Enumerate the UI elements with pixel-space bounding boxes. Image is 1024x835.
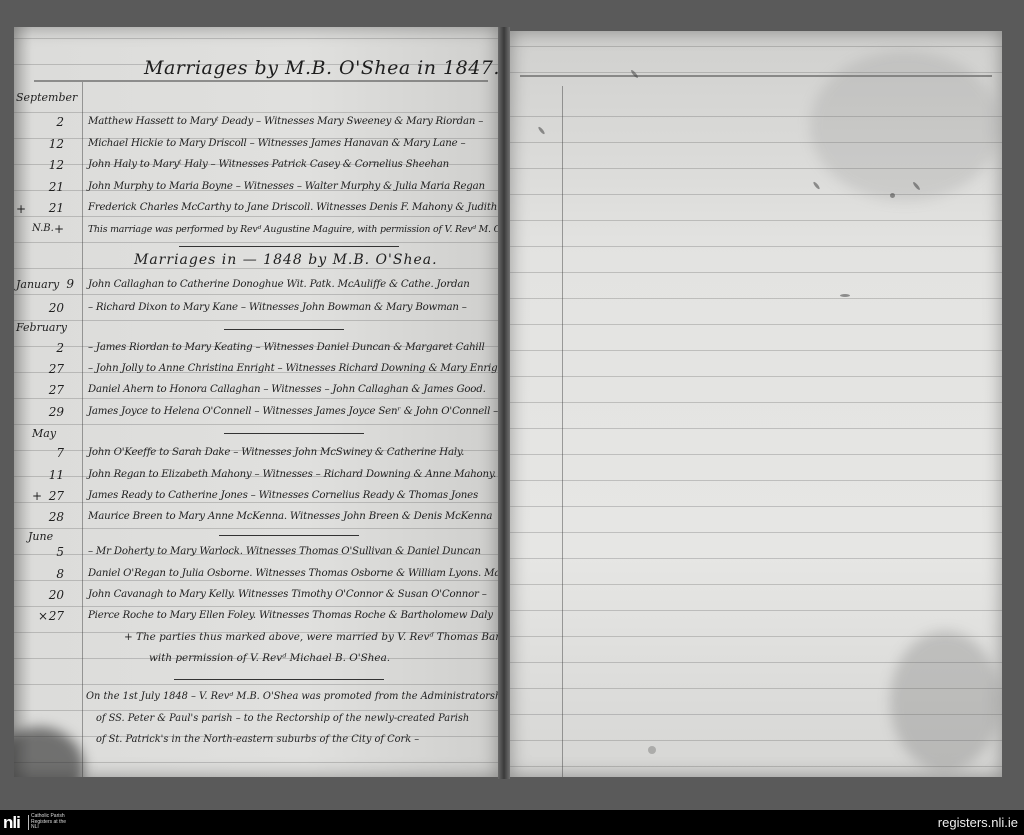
entry-text: – Richard Dixon to Mary Kane – Witnesses… — [88, 302, 467, 313]
entry-day: 9 — [44, 277, 74, 291]
entry-text: Matthew Hassett to Maryᵗ Deady – Witness… — [88, 116, 483, 127]
book-gutter — [498, 27, 510, 779]
stain-area — [890, 631, 1000, 771]
divider — [174, 679, 384, 680]
nli-logo[interactable]: nli — [3, 814, 20, 831]
image-viewer[interactable]: Marriages by M.B. O'Shea in 1847. Septem… — [0, 0, 1024, 810]
entry-text: Michael Hickie to Mary Driscoll – Witnes… — [88, 138, 465, 149]
entry-text: – James Riordan to Mary Keating – Witnes… — [88, 342, 485, 353]
footer-bar: nli Catholic Parish Registers at the NLI… — [0, 810, 1024, 835]
entry-text: James Ready to Catherine Jones – Witness… — [88, 490, 478, 501]
entry-day: 21 — [24, 180, 64, 194]
entry-text: James Joyce to Helena O'Connell – Witnes… — [88, 406, 498, 417]
entry-day: 29 — [24, 405, 64, 419]
footnote-line: + The parties thus marked above, were ma… — [124, 631, 498, 643]
margin-line — [82, 82, 83, 777]
entry-text: John Haly to Maryᵗ Haly – Witnesses Patr… — [88, 159, 449, 170]
entry-day: 8 — [24, 567, 64, 581]
entry-text: Pierce Roche to Mary Ellen Foley. Witnes… — [88, 610, 493, 621]
section-subtitle: Marriages in — 1848 by M.B. O'Shea. — [134, 252, 438, 268]
entry-text: Maurice Breen to Mary Anne McKenna. Witn… — [88, 511, 492, 522]
entry-day: 12 — [24, 137, 64, 151]
entry-day: 5 — [24, 545, 64, 559]
month-label: September — [16, 91, 77, 104]
entry-day: + — [24, 222, 64, 236]
entry-day: 27 — [24, 383, 64, 397]
closing-note-line: of St. Patrick's in the North-eastern su… — [96, 734, 419, 745]
entry-day: 20 — [24, 588, 64, 602]
entry-text: This marriage was performed by Revᵈ Augu… — [88, 224, 498, 235]
stain-area — [810, 51, 1000, 201]
entry-day: 27 — [24, 362, 64, 376]
month-label: February — [16, 321, 67, 334]
entry-day: 27 — [24, 609, 64, 623]
entry-text: John O'Keeffe to Sarah Dake – Witnesses … — [88, 447, 464, 458]
left-page: Marriages by M.B. O'Shea in 1847. Septem… — [14, 27, 498, 777]
ink-bleed — [648, 746, 656, 754]
divider — [219, 535, 359, 536]
page-title: Marriages by M.B. O'Shea in 1847. — [144, 57, 498, 79]
right-page — [510, 31, 1002, 777]
entry-text: Frederick Charles McCarthy to Jane Drisc… — [88, 202, 498, 213]
closing-note-line: of SS. Peter & Paul's parish – to the Re… — [96, 713, 469, 724]
closing-note-line: On the 1st July 1848 – V. Revᵈ M.B. O'Sh… — [86, 691, 498, 702]
entry-text: Daniel O'Regan to Julia Osborne. Witness… — [88, 568, 498, 579]
divider — [224, 329, 344, 330]
entry-day: 7 — [24, 446, 64, 460]
month-label: June — [28, 530, 53, 543]
entry-text: Daniel Ahern to Honora Callaghan – Witne… — [88, 384, 486, 395]
entry-text: – Mr Doherty to Mary Warlock. Witnesses … — [88, 546, 481, 557]
entry-day: 2 — [24, 115, 64, 129]
entry-day: 2 — [24, 341, 64, 355]
logo-caption: Catholic Parish Registers at the NLI — [31, 814, 71, 831]
entry-text: John Regan to Elizabeth Mahony – Witness… — [88, 469, 496, 480]
month-label: May — [32, 427, 56, 440]
entry-day: 27 — [24, 489, 64, 503]
site-link[interactable]: registers.nli.ie — [938, 815, 1018, 830]
divider — [224, 433, 364, 434]
entry-text: – John Jolly to Anne Christina Enright –… — [88, 363, 498, 374]
footnote-line: with permission of V. Revᵈ Michael B. O'… — [149, 652, 390, 664]
entry-day: 20 — [24, 301, 64, 315]
entry-day: 12 — [24, 158, 64, 172]
entry-text: John Callaghan to Catherine Donoghue Wit… — [88, 279, 470, 290]
ink-bleed — [840, 294, 850, 297]
divider — [179, 246, 399, 247]
header-rule — [34, 80, 488, 82]
entry-text: John Murphy to Maria Boyne – Witnesses –… — [88, 181, 485, 192]
entry-day: 11 — [24, 468, 64, 482]
margin-line — [562, 86, 563, 777]
entry-day: 28 — [24, 510, 64, 524]
ink-bleed — [890, 193, 895, 198]
logo-separator — [28, 815, 29, 830]
entry-day: 21 — [24, 201, 64, 215]
entry-text: John Cavanagh to Mary Kelly. Witnesses T… — [88, 589, 487, 600]
